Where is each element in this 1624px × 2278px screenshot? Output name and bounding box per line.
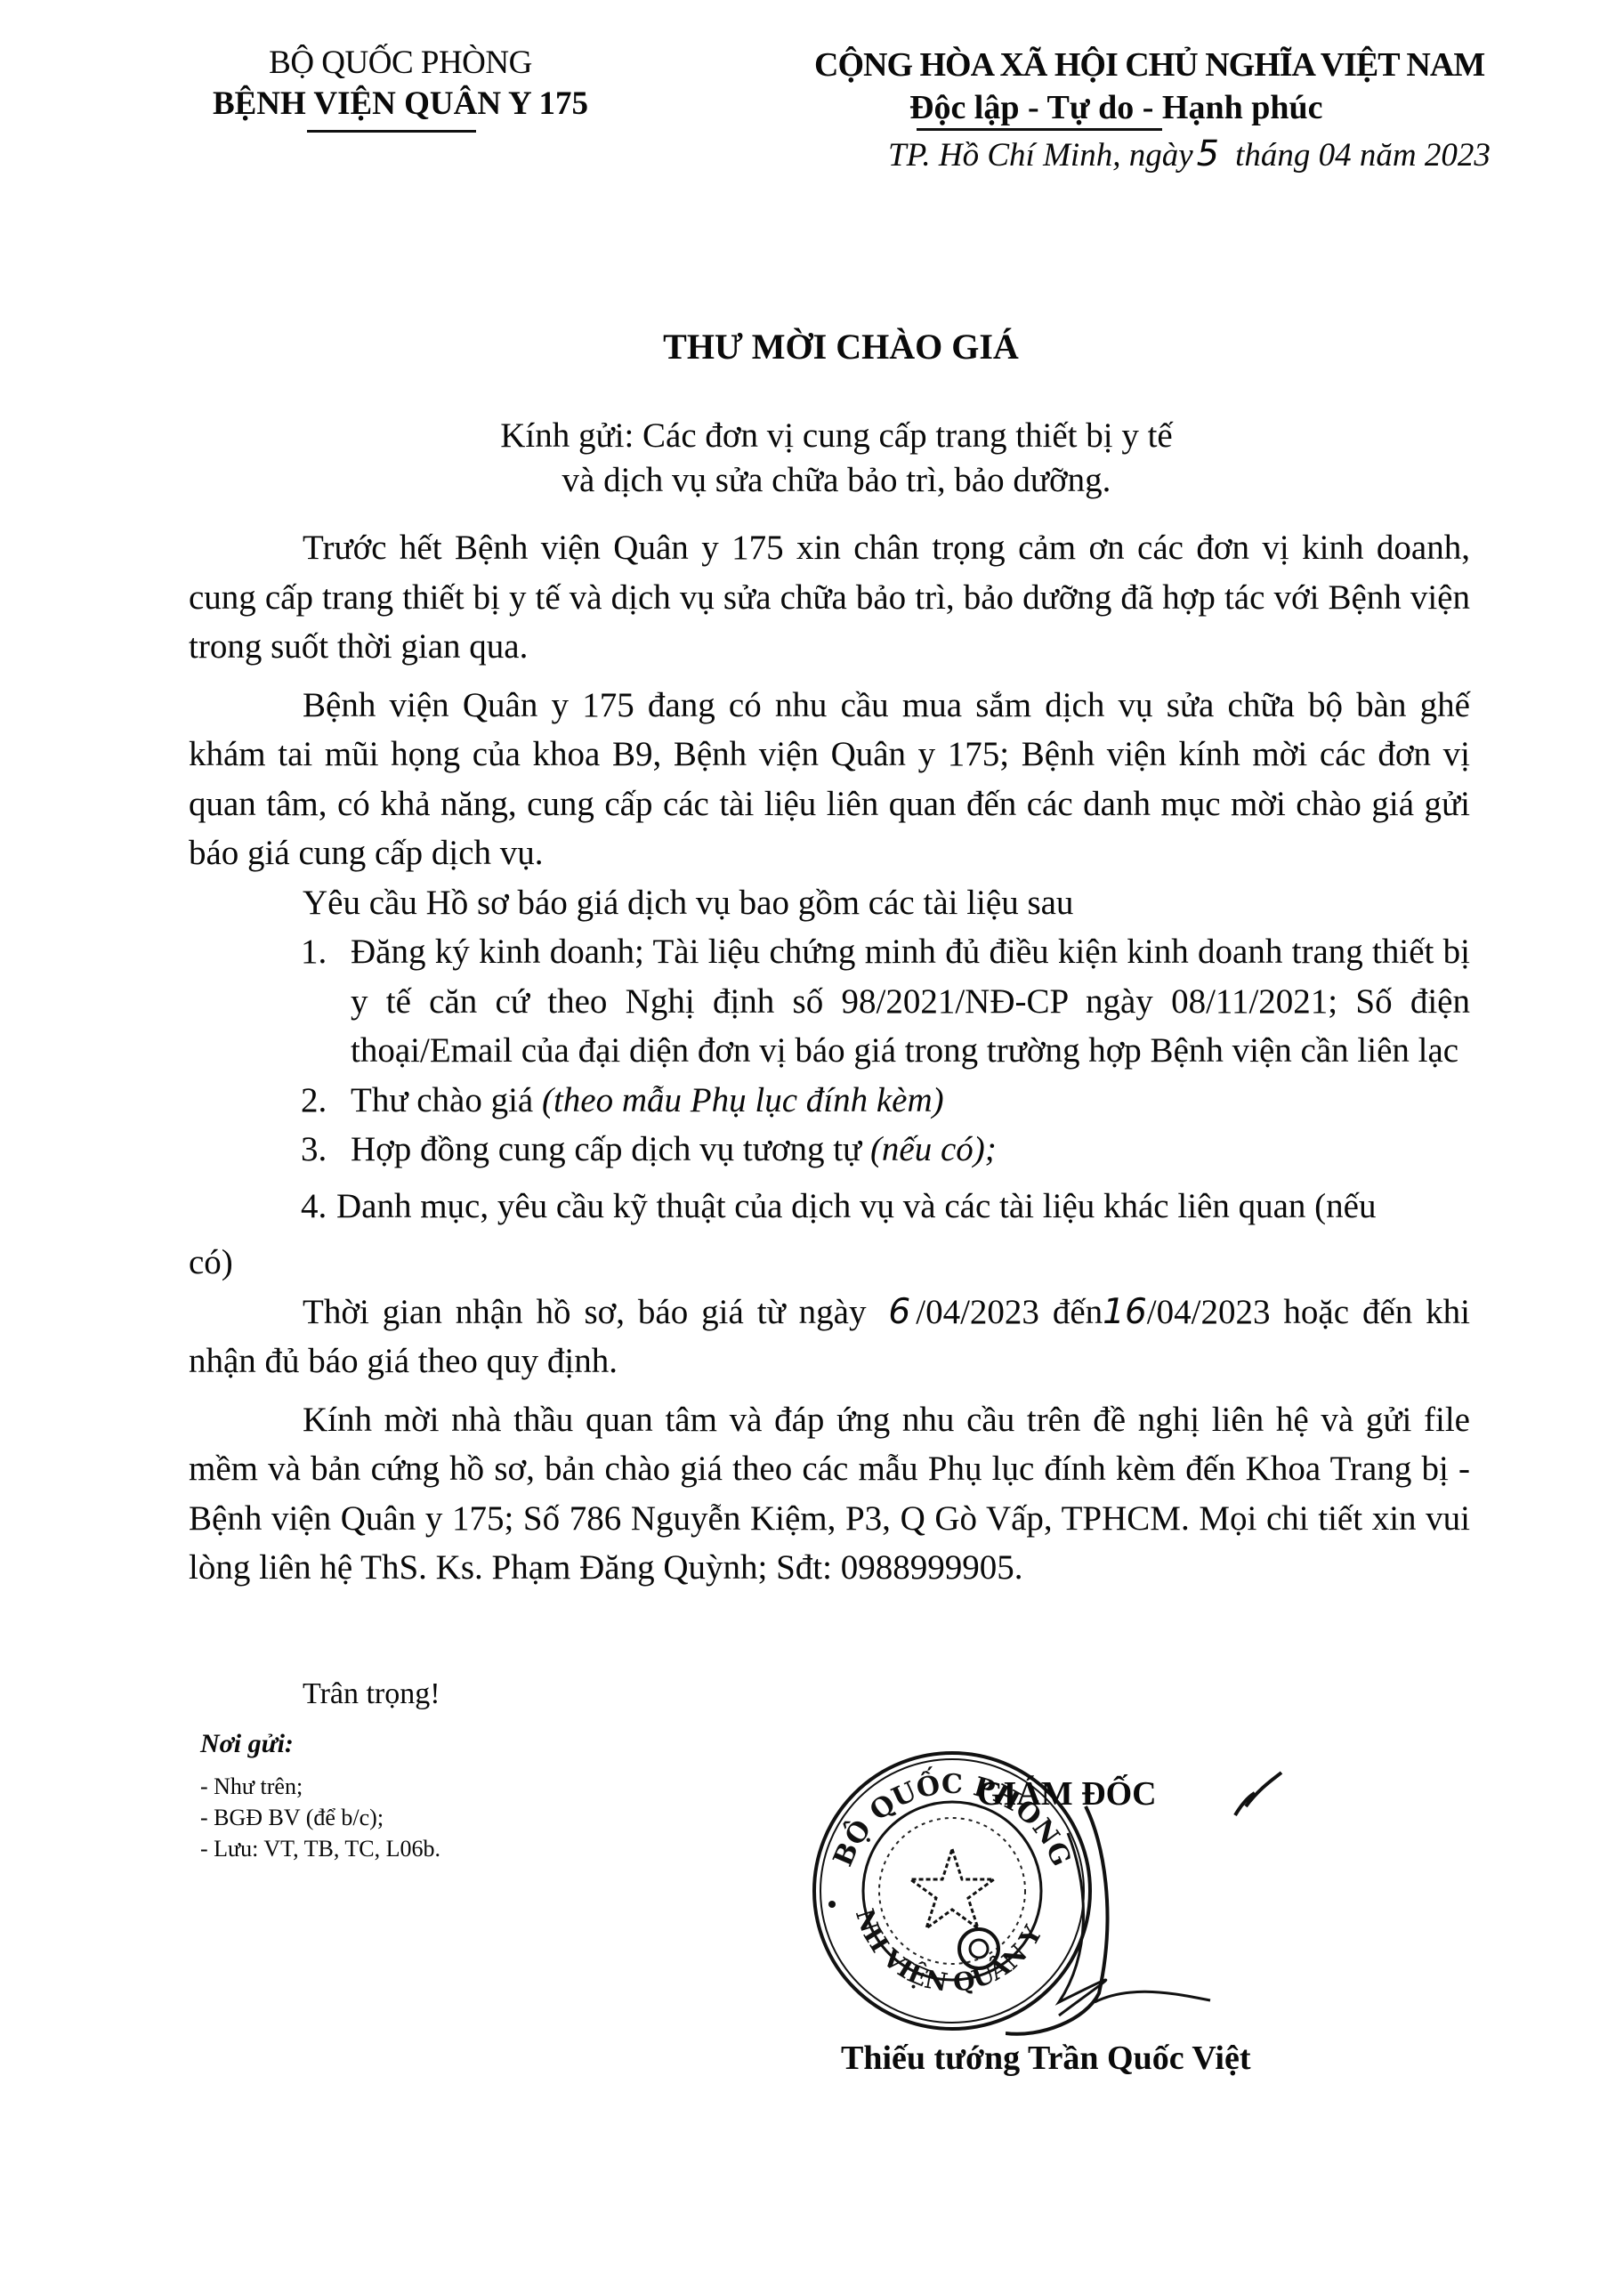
recipient-line-1: Kính gửi: Các đơn vị cung cấp trang thiế… [49, 414, 1624, 458]
national-header: CỘNG HÒA XÃ HỘI CHỦ NGHĨA VIỆT NAM Độc l… [801, 43, 1566, 128]
deadline-to-day: 16 [1103, 1292, 1147, 1332]
paragraph-contact: Kính mời nhà thầu quan tâm và đáp ứng nh… [189, 1395, 1470, 1593]
closing-greeting: Trân trọng! [303, 1673, 440, 1716]
document-date: TP. Hồ Chí Minh, ngày5tháng 04 năm 2023 [888, 132, 1491, 178]
deadline-from-day: 6 [879, 1292, 916, 1332]
signer-position: GIÁM ĐỐC [977, 1773, 1157, 1814]
issuing-authority: BỘ QUỐC PHÒNG BỆNH VIỆN QUÂN Y 175 [151, 43, 650, 125]
requirements-intro: Yêu cầu Hồ sơ báo giá dịch vụ bao gồm cá… [189, 878, 1470, 928]
list-item-continuation: có) [189, 1238, 1470, 1288]
requirements-list: 1. Đăng ký kinh doanh; Tài liệu chứng mi… [189, 927, 1470, 1231]
date-prefix: TP. Hồ Chí Minh, ngày [888, 137, 1193, 174]
list-item: 4. Danh mục, yêu cầu kỹ thuật của dịch v… [301, 1182, 1470, 1232]
document-body: Trước hết Bệnh viện Quân y 175 xin chân … [189, 523, 1470, 1593]
organization-underline [307, 130, 476, 133]
organization-name: BỆNH VIỆN QUÂN Y 175 [151, 84, 650, 125]
document-title: THƯ MỜI CHÀO GIÁ [0, 325, 1624, 369]
paragraph-deadline: Thời gian nhận hồ sơ, báo giá từ ngày 6/… [189, 1288, 1470, 1386]
ministry-name: BỘ QUỐC PHÒNG [151, 43, 650, 84]
recipient-block: Kính gửi: Các đơn vị cung cấp trang thiế… [0, 414, 1624, 503]
recipient-item: - Như trên; [200, 1771, 440, 1802]
recipient-item: - Lưu: VT, TB, TC, L06b. [200, 1833, 440, 1864]
recipient-line-2: và dịch vụ sửa chữa bảo trì, bảo dưỡng. [49, 458, 1624, 503]
recipient-item: - BGĐ BV (để b/c); [200, 1802, 440, 1833]
paragraph-request: Bệnh viện Quân y 175 đang có nhu cầu mua… [189, 681, 1470, 878]
list-item: 3. Hợp đồng cung cấp dịch vụ tương tự (n… [301, 1125, 1470, 1175]
list-item: 1. Đăng ký kinh doanh; Tài liệu chứng mi… [301, 927, 1470, 1076]
date-suffix: tháng 04 năm 2023 [1235, 137, 1491, 174]
nation-name: CỘNG HÒA XÃ HỘI CHỦ NGHĨA VIỆT NAM [801, 43, 1566, 87]
signer-name: Thiếu tướng Trần Quốc Việt [841, 2038, 1251, 2079]
recipients-list: - Như trên; - BGĐ BV (để b/c); - Lưu: VT… [200, 1771, 440, 1864]
list-item: 2. Thư chào giá (theo mẫu Phụ lục đính k… [301, 1076, 1470, 1126]
motto-underline [917, 128, 1162, 131]
national-motto: Độc lập - Tự do - Hạnh phúc [801, 87, 1566, 128]
recipients-title: Nơi gửi: [200, 1726, 294, 1762]
date-day-handwritten: 5 [1193, 133, 1235, 174]
paragraph-intro: Trước hết Bệnh viện Quân y 175 xin chân … [189, 523, 1470, 672]
